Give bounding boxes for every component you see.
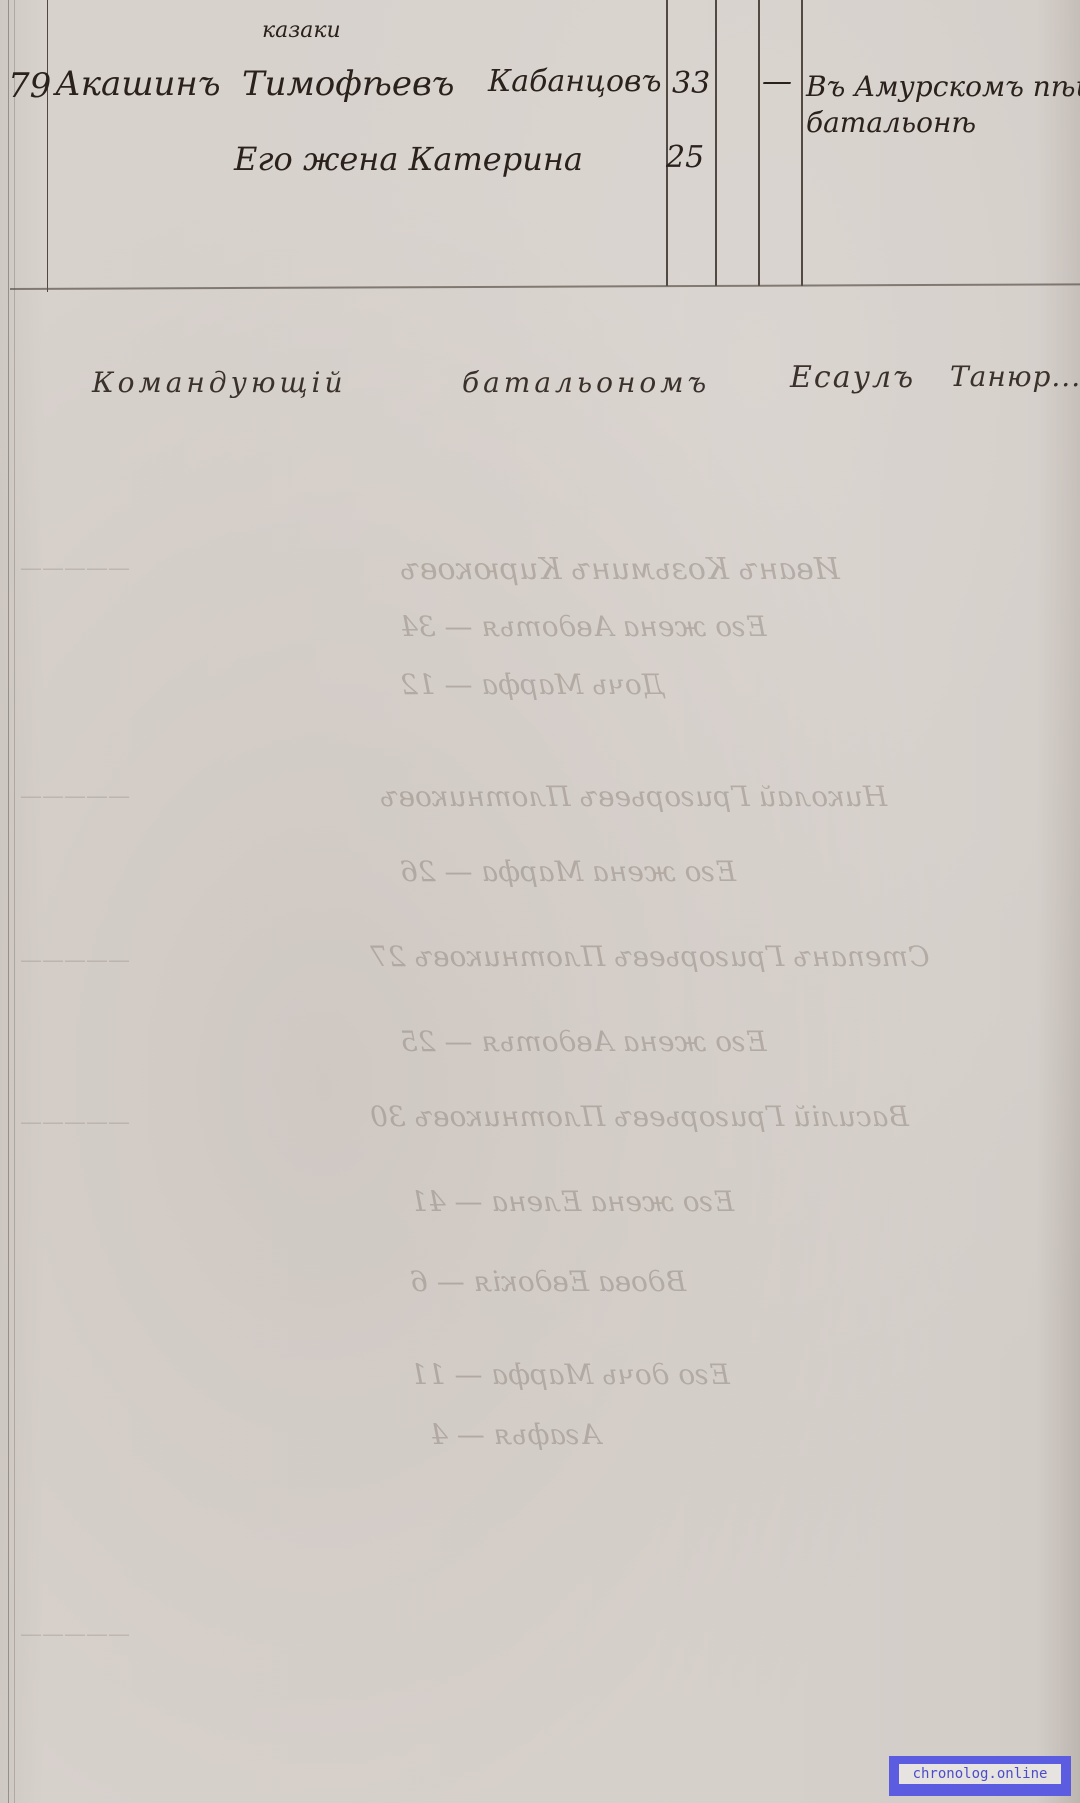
bleed-line: Василій Григорьевъ Плотниковъ 30 [370, 1100, 909, 1133]
signature-unit: батальономъ [462, 366, 710, 399]
bleed-margin-note: ————— [20, 1622, 130, 1647]
bleed-margin-note: ————— [20, 1110, 130, 1135]
bleed-line: Его жена Авдотья — 25 [400, 1025, 767, 1058]
person-given-name: Акашинъ [55, 64, 220, 104]
age-female: 25 [666, 140, 704, 175]
left-page-edge-inner [14, 0, 15, 1803]
location-line-1: Въ Амурскомъ пѣшемъ [806, 70, 1080, 103]
watermark-text: chronolog.online [899, 1764, 1061, 1784]
spouse-line: Его жена Катерина [234, 140, 583, 178]
bleed-line: Николай Григорьевъ Плотниковъ [380, 780, 887, 813]
bleed-margin-note: ————— [20, 556, 130, 581]
signature-rank: Есаулъ [790, 360, 915, 395]
location-line-2: батальонѣ [806, 106, 976, 139]
signature-surname: Танюр... [950, 360, 1080, 393]
column-rule-age-female-end [758, 0, 760, 286]
scanned-page: 79 казаки Акашинъ Тимофѣевъ Кабанцовъ 33… [0, 0, 1080, 1803]
watermark-badge: chronolog.online [889, 1756, 1071, 1796]
bleed-line: Дочь Марфа — 12 [400, 668, 665, 701]
bleed-line: Иванъ Козьминъ Кирюковъ [400, 552, 840, 587]
bleed-margin-note: ————— [20, 784, 130, 809]
bleed-line: Его жена Авдотья — 34 [400, 610, 767, 643]
age-male: 33 [672, 66, 710, 101]
left-page-edge [8, 0, 9, 1803]
bleed-line: Его жена Марфа — 26 [400, 855, 736, 888]
dash-mark: — [762, 64, 792, 99]
row-number: 79 [8, 66, 51, 106]
signature-title: Командующій [92, 366, 347, 399]
person-surname: Кабанцовъ [488, 64, 662, 99]
column-rule-number [47, 0, 48, 292]
bleed-line: Его дочь Марфа — 11 [410, 1358, 730, 1391]
person-patronymic: Тимофѣевъ [242, 64, 454, 104]
bleed-line: Его жена Елена — 41 [410, 1185, 734, 1218]
row-bottom-rule [10, 283, 1080, 290]
bleed-line: Агафья — 4 [430, 1418, 601, 1451]
column-rule-location-start [801, 0, 803, 286]
bleed-line: Степанъ Григорьевъ Плотниковъ 27 [370, 940, 930, 973]
bleed-line: Вдова Евдокія — 6 [410, 1265, 686, 1298]
column-rule-age-male-end [715, 0, 717, 286]
estate-note: казаки [262, 18, 341, 43]
bleed-margin-note: ————— [20, 948, 130, 973]
